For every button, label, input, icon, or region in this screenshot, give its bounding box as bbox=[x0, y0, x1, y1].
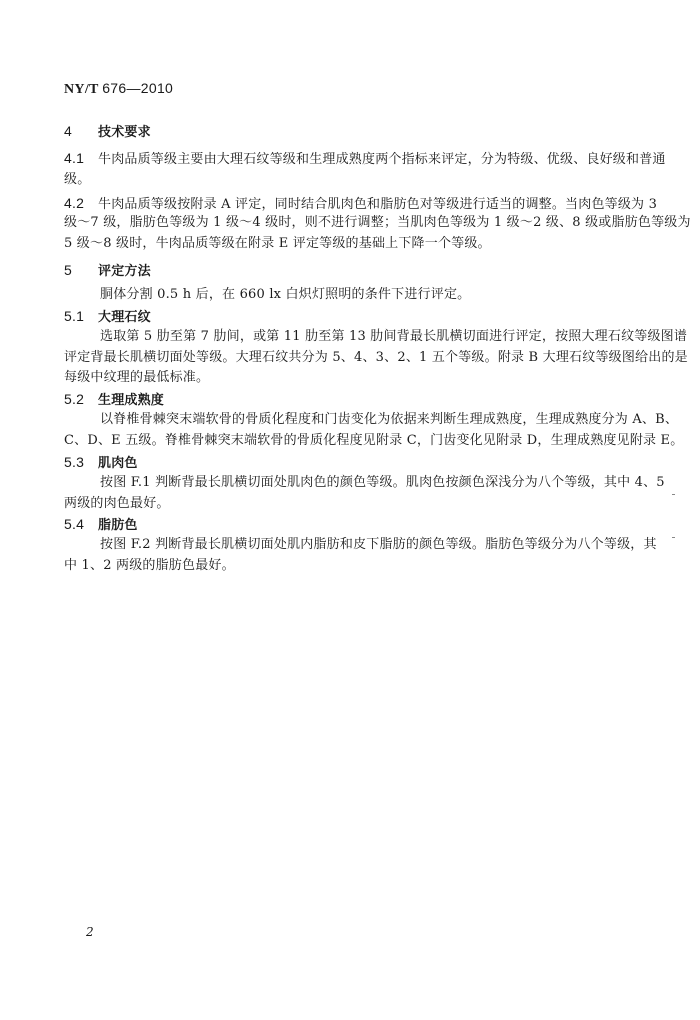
clause-5-2-heading: 5.2生理成熟度 bbox=[64, 391, 164, 409]
clause-5-4-heading: 5.4脂肪色 bbox=[64, 516, 138, 534]
section-number: 5 bbox=[64, 262, 98, 278]
clause-5-2-line-1: 以脊椎骨棘突末端软骨的骨质化程度和门齿变化为依据来判断生理成熟度，生理成熟度分为… bbox=[100, 412, 678, 428]
clause-number: 4.1 bbox=[64, 150, 98, 166]
clause-5-4-line-1: 按图 F.2 判断背最长肌横切面处肌内脂肪和皮下脂肪的颜色等级。脂肪色等级分为八… bbox=[100, 537, 657, 553]
clause-number: 5.2 bbox=[64, 391, 98, 407]
clause-title: 生理成熟度 bbox=[98, 393, 164, 408]
section-number: 4 bbox=[64, 123, 98, 139]
clause-4-2-line-1: 4.2牛肉品质等级按附录 A 评定，同时结合肌肉色和脂肪色对等级进行适当的调整。… bbox=[64, 195, 657, 213]
clause-title: 脂肪色 bbox=[98, 518, 138, 533]
clause-number: 5.4 bbox=[64, 516, 98, 532]
standard-prefix: NY/T bbox=[64, 82, 98, 97]
section-title: 评定方法 bbox=[98, 264, 151, 279]
section-title: 技术要求 bbox=[98, 125, 151, 140]
standard-code-header: NY/T 676—2010 bbox=[64, 80, 173, 98]
clause-5-1-line-2: 评定背最长肌横切面处等级。大理石纹共分为 5、4、3、2、1 五个等级。附录 B… bbox=[64, 350, 688, 366]
clause-5-4-line-2: 中 1、2 两级的脂肪色最好。 bbox=[64, 558, 235, 574]
clause-title: 大理石纹 bbox=[98, 310, 151, 325]
clause-5-3-heading: 5.3肌肉色 bbox=[64, 454, 138, 472]
clause-title: 肌肉色 bbox=[98, 456, 138, 471]
clause-5-2-line-2: C、D、E 五级。脊椎骨棘突末端软骨的骨质化程度见附录 C，门齿变化见附录 D，… bbox=[64, 433, 683, 449]
scan-mark bbox=[672, 494, 675, 495]
clause-5-1-line-1: 选取第 5 肋至第 7 肋间，或第 11 肋至第 13 肋间背最长肌横切面进行评… bbox=[100, 329, 687, 345]
clause-text: 牛肉品质等级主要由大理石纹等级和生理成熟度两个指标来评定，分为特级、优级、良好级… bbox=[98, 152, 666, 167]
clause-4-2-line-3: 5 级～8 级时，牛肉品质等级在附录 E 评定等级的基础上下降一个等级。 bbox=[64, 236, 491, 252]
clause-4-2-line-2: 级～7 级，脂肪色等级为 1 级～4 级时，则不进行调整；当肌肉色等级为 1 级… bbox=[64, 215, 691, 231]
page-number: 2 bbox=[86, 925, 94, 939]
clause-number: 5.3 bbox=[64, 454, 98, 470]
clause-number: 4.2 bbox=[64, 195, 98, 211]
clause-text: 牛肉品质等级按附录 A 评定，同时结合肌肉色和脂肪色对等级进行适当的调整。当肉色… bbox=[98, 197, 657, 212]
clause-4-1-line-2: 级。 bbox=[64, 172, 90, 188]
section-4-heading: 4技术要求 bbox=[64, 123, 151, 141]
standard-number: 676—2010 bbox=[102, 80, 173, 96]
clause-number: 5.1 bbox=[64, 308, 98, 324]
section-5-intro: 胴体分割 0.5 h 后，在 660 lx 白炽灯照明的条件下进行评定。 bbox=[100, 287, 470, 303]
clause-5-3-line-2: 两级的肉色最好。 bbox=[64, 496, 170, 512]
section-5-heading: 5评定方法 bbox=[64, 262, 151, 280]
clause-5-1-line-3: 每级中纹理的最低标准。 bbox=[64, 370, 209, 386]
scan-mark bbox=[672, 537, 675, 538]
clause-5-1-heading: 5.1大理石纹 bbox=[64, 308, 151, 326]
document-page: NY/T 676—2010 4技术要求 4.1牛肉品质等级主要由大理石纹等级和生… bbox=[0, 0, 700, 1020]
clause-5-3-line-1: 按图 F.1 判断背最长肌横切面处肌肉色的颜色等级。肌肉色按颜色深浅分为八个等级… bbox=[100, 475, 665, 491]
clause-4-1-line-1: 4.1牛肉品质等级主要由大理石纹等级和生理成熟度两个指标来评定，分为特级、优级、… bbox=[64, 150, 666, 168]
